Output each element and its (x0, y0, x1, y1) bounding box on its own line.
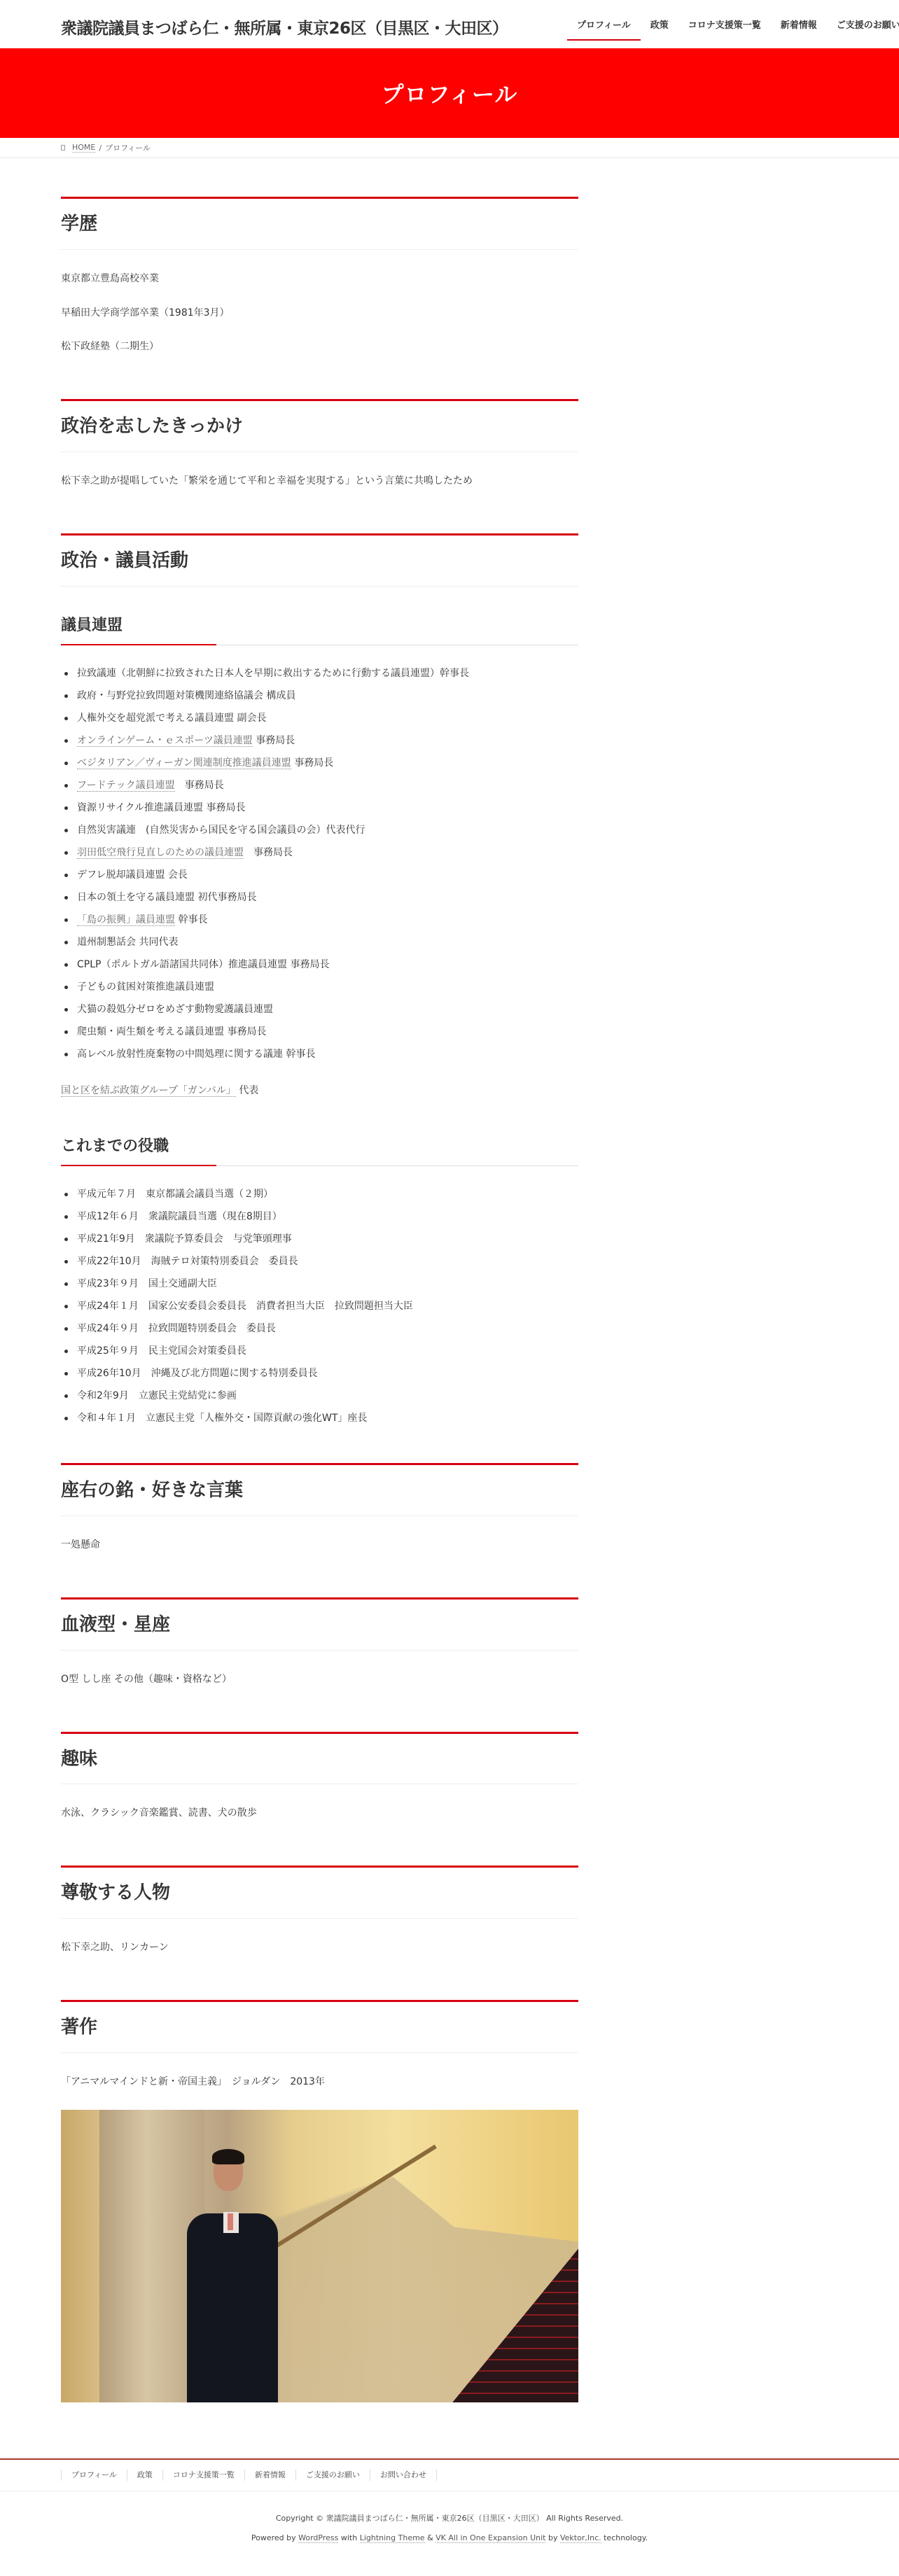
section-heading: 政治を志したきっかけ (61, 399, 578, 452)
list-item: 爬虫類・両生類を考える議員連盟 事務局長 (61, 1021, 578, 1043)
lightning-theme-link[interactable]: Lightning Theme (360, 2533, 425, 2543)
site-header: 衆議院議員まつばら仁・無所属・東京26区（目黒区・大田区） プロフィール 政策 … (0, 0, 899, 48)
copyright-block: Copyright © 衆議院議員まつばら仁・無所属・東京26区（目黒区・大田区… (0, 2509, 899, 2548)
list-item: 平成23年９月 国土交通副大臣 (61, 1273, 578, 1295)
education-item: 松下政経塾（二期生） (61, 339, 578, 356)
league-link[interactable]: フードテック議員連盟 (77, 780, 175, 792)
list-item: 令和４年１月 立憲民主党「人権外交・国際貢献の強化WT」座長 (61, 1407, 578, 1429)
section-motto: 座右の銘・好きな言葉 一処懸命 (61, 1463, 578, 1554)
site-footer: プロフィール 政策 コロナ支援策一覧 新着情報 ご支援のお願い お問い合わせ C… (0, 2458, 899, 2576)
section-education: 学歴 東京都立豊島高校卒業 早稲田大学商学部卒業（1981年3月） 松下政経塾（… (61, 197, 578, 356)
section-works: 著作 「アニマルマインドと新・帝国主義」 ジョルダン 2013年 (61, 2000, 578, 2403)
league-link[interactable]: オンラインゲーム・ｅスポーツ議員連盟 (77, 735, 253, 747)
motto-text: 一処懸命 (61, 1537, 578, 1554)
section-heading: 座右の銘・好きな言葉 (61, 1463, 578, 1516)
list-item: ベジタリアン／ヴィーガン関連制度推進議員連盟 事務局長 (61, 752, 578, 774)
breadcrumb-separator: / (99, 143, 102, 153)
section-heading: 血液型・星座 (61, 1597, 578, 1651)
list-item: フードテック議員連盟 事務局長 (61, 774, 578, 797)
section-motivation: 政治を志したきっかけ 松下幸之助が提唱していた「繁栄を通じて平和と幸福を実現する… (61, 399, 578, 490)
powered-by: Powered by WordPress with Lightning Them… (0, 2528, 899, 2548)
breadcrumb: HOME / プロフィール (0, 138, 899, 158)
list-item: CPLP（ポルトガル語諸国共同体）推進議員連盟 事務局長 (61, 953, 578, 976)
vk-expansion-unit-link[interactable]: VK All in One Expansion Unit (435, 2533, 545, 2543)
section-heading: 著作 (61, 2000, 578, 2053)
subsection-heading-positions: これまでの役職 (61, 1134, 578, 1166)
list-item: 日本の領土を守る議員連盟 初代事務局長 (61, 886, 578, 909)
list-item: オンラインゲーム・ｅスポーツ議員連盟 事務局長 (61, 729, 578, 752)
copyright-text: Copyright © 衆議院議員まつばら仁・無所属・東京26区（目黒区・大田区… (0, 2509, 899, 2528)
footer-nav-contact[interactable]: お問い合わせ (370, 2470, 437, 2481)
subsection-heading-leagues: 議員連盟 (61, 613, 578, 645)
footer-nav: プロフィール 政策 コロナ支援策一覧 新着情報 ご支援のお願い お問い合わせ (0, 2460, 899, 2491)
list-item: 道州制懇話会 共同代表 (61, 931, 578, 953)
section-heading: 学歴 (61, 197, 578, 250)
league-link[interactable]: ベジタリアン／ヴィーガン関連制度推進議員連盟 (77, 757, 291, 769)
page-header-banner: プロフィール (0, 48, 899, 138)
respect-text: 松下幸之助、リンカーン (61, 1940, 578, 1956)
list-item: 自然災害議連 (自然災害から国民を守る国会議員の会）代表代行 (61, 819, 578, 841)
league-link[interactable]: 羽田低空飛行見直しのための議員連盟 (77, 847, 244, 859)
works-text: 「アニマルマインドと新・帝国主義」 ジョルダン 2013年 (61, 2074, 578, 2091)
list-item: 拉致議連（北朝鮮に拉致された日本人を早期に救出するために行動する議員連盟）幹事長 (61, 662, 578, 685)
nav-item-profile[interactable]: プロフィール (567, 0, 641, 48)
list-item: 犬猫の殺処分ゼロをめざす動物愛護議員連盟 (61, 998, 578, 1021)
nav-item-corona-support[interactable]: コロナ支援策一覧 (678, 0, 771, 48)
footer-nav-policy[interactable]: 政策 (127, 2470, 162, 2481)
nav-item-support-request[interactable]: ご支援のお願い (827, 0, 899, 48)
breadcrumb-home[interactable]: HOME (72, 143, 95, 153)
list-item: 平成24年９月 拉致問題特別委員会 委員長 (61, 1317, 578, 1340)
site-title[interactable]: 衆議院議員まつばら仁・無所属・東京26区（目黒区・大田区） (61, 15, 508, 38)
breadcrumb-current: プロフィール (105, 142, 151, 153)
hobby-text: 水泳、クラシック音楽鑑賞、読書、犬の散歩 (61, 1805, 578, 1822)
wordpress-link[interactable]: WordPress (298, 2533, 338, 2543)
section-respect: 尊敬する人物 松下幸之助、リンカーン (61, 1865, 578, 1956)
section-heading: 趣味 (61, 1732, 578, 1785)
list-item: 平成21年9月 衆議院予算委員会 与党筆頭理事 (61, 1228, 578, 1250)
footer-nav-corona-support[interactable]: コロナ支援策一覧 (162, 2470, 244, 2481)
footer-nav-support-request[interactable]: ご支援のお願い (295, 2470, 370, 2481)
policy-group: 国と区を結ぶ政策グループ「ガンバル」 代表 (61, 1083, 578, 1100)
global-nav: プロフィール 政策 コロナ支援策一覧 新着情報 ご支援のお願い (567, 0, 899, 48)
person-figure (187, 2152, 278, 2402)
leagues-list: 拉致議連（北朝鮮に拉致された日本人を早期に救出するために行動する議員連盟）幹事長… (61, 662, 578, 1065)
list-item: 令和2年9月 立憲民主党結党に参画 (61, 1385, 578, 1407)
policy-group-link[interactable]: 国と区を結ぶ政策グループ「ガンバル」 (61, 1085, 236, 1097)
footer-nav-profile[interactable]: プロフィール (61, 2470, 127, 2481)
list-item: 平成26年10月 沖縄及び北方問題に関する特別委員長 (61, 1362, 578, 1385)
section-heading: 尊敬する人物 (61, 1865, 578, 1919)
blood-type-text: O型 しし座 その他（趣味・資格など） (61, 1672, 578, 1688)
footer-nav-news[interactable]: 新着情報 (244, 2470, 295, 2481)
list-item: 平成元年７月 東京都議会議員当選（２期） (61, 1183, 578, 1205)
section-hobby: 趣味 水泳、クラシック音楽鑑賞、読書、犬の散歩 (61, 1732, 578, 1823)
list-item: 高レベル放射性廃棄物の中間処理に関する議連 幹事長 (61, 1043, 578, 1065)
league-link[interactable]: 「島の振興」議員連盟 (77, 914, 175, 926)
main-content: 学歴 東京都立豊島高校卒業 早稲田大学商学部卒業（1981年3月） 松下政経塾（… (61, 158, 578, 2402)
vektor-link[interactable]: Vektor,Inc. (560, 2533, 601, 2543)
list-item: 資源リサイクル推進議員連盟 事務局長 (61, 797, 578, 819)
motivation-text: 松下幸之助が提唱していた「繁栄を通じて平和と幸福を実現する」という言葉に共鳴した… (61, 473, 578, 490)
section-activities: 政治・議員活動 議員連盟 拉致議連（北朝鮮に拉致された日本人を早期に救出するため… (61, 533, 578, 1430)
home-icon (61, 145, 65, 150)
positions-list: 平成元年７月 東京都議会議員当選（２期） 平成12年６月 衆議院議員当選（現在8… (61, 1183, 578, 1429)
list-item: 平成24年１月 国家公安委員会委員長 消費者担当大臣 拉致問題担当大臣 (61, 1295, 578, 1317)
list-item: デフレ脱却議員連盟 会長 (61, 864, 578, 886)
list-item: 子どもの貧困対策推進議員連盟 (61, 976, 578, 998)
list-item: 平成12年６月 衆議院議員当選（現在8期目） (61, 1205, 578, 1228)
profile-photo (61, 2110, 578, 2402)
list-item: 平成25年９月 民主党国会対策委員長 (61, 1340, 578, 1362)
list-item: 人権外交を超党派で考える議員連盟 副会長 (61, 707, 578, 729)
section-blood-type: 血液型・星座 O型 しし座 その他（趣味・資格など） (61, 1597, 578, 1688)
page-title: プロフィール (382, 77, 518, 109)
section-heading: 政治・議員活動 (61, 533, 578, 587)
list-item: 「島の振興」議員連盟 幹事長 (61, 909, 578, 931)
list-item: 羽田低空飛行見直しのための議員連盟 事務局長 (61, 841, 578, 864)
education-item: 早稲田大学商学部卒業（1981年3月） (61, 305, 578, 322)
nav-item-news[interactable]: 新着情報 (771, 0, 827, 48)
nav-item-policy[interactable]: 政策 (641, 0, 678, 48)
list-item: 政府・与野党拉致問題対策機関連絡協議会 構成員 (61, 685, 578, 707)
education-item: 東京都立豊島高校卒業 (61, 271, 578, 288)
list-item: 平成22年10月 海賊テロ対策特別委員会 委員長 (61, 1250, 578, 1273)
